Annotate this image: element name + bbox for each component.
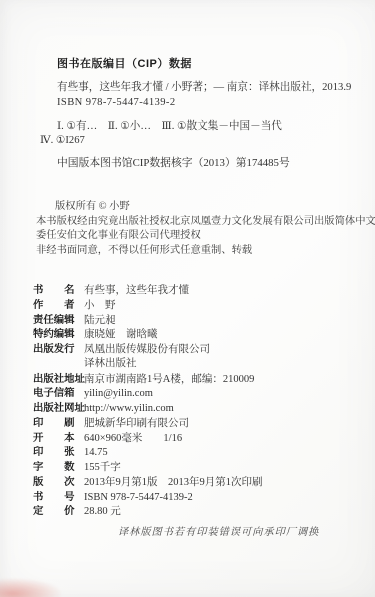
row-label-special-editor: 特约编辑 [33,325,84,340]
row-label-edition: 版 次 [33,473,84,488]
row-value-responsible-editor: 陆元昶 [84,312,116,327]
table-row: 书 名有些事，这些年我才懂 [33,281,263,296]
table-row: 责任编辑陆元昶 [33,311,263,326]
row-value-email: yilin@yilin.com [84,388,153,399]
table-row: 电子信箱yilin@yilin.com [33,384,263,399]
row-value-edition: 2013年9月第1版 2013年9月第1次印刷 [84,474,263,489]
row-value-publisher-address: 南京市湖南路1号A楼，邮编：210009 [84,371,254,386]
table-row: 作 者小 野 [33,296,263,311]
row-value-word-count: 155千字 [84,459,121,474]
publication-info-table: 书 名有些事，这些年我才懂 作 者小 野 责任编辑陆元昶 特约编辑康晓娅 谢晗曦… [33,281,263,517]
table-row: 开 本640×960毫米 1/16 [33,429,263,444]
copyright-owner-line: 版权所有 © 小野 [36,200,375,215]
row-value-sheets: 14.75 [84,447,108,458]
copyright-notice-block: 版权所有 © 小野 本书版权经由究竟出版社授权北京凤凰壹力文化发展有限公司出版简… [36,200,375,258]
table-row: 书 号ISBN 978-7-5447-4139-2 [33,488,263,503]
row-label-printer: 印 刷 [33,414,84,429]
cip-classification-line-2: Ⅳ. ①I267 [40,133,85,148]
cip-record-number: 中国版本图书馆CIP数据核字（2013）第174485号 [57,155,290,170]
row-value-author: 小 野 [84,297,116,312]
table-row: 印 刷肥城新华印刷有限公司 [33,414,263,429]
row-label-email: 电子信箱 [33,384,84,399]
table-row: 出版社网址http://www.yilin.com [33,399,263,414]
table-row: 译林出版社 [33,355,263,370]
table-row: 定 价28.80 元 [33,502,263,517]
scan-smudge-artifact [0,578,62,597]
row-value-publisher-imprint: 译林出版社 [84,355,137,370]
row-value-format: 640×960毫米 1/16 [84,430,182,445]
table-row: 字 数155千字 [33,458,263,473]
table-row: 印 张14.75 [33,443,263,458]
exchange-notice: 译林版图书若有印装错误可向承印厂调换 [118,523,319,538]
row-label-website: 出版社网址 [33,399,84,414]
row-label-format: 开 本 [33,429,84,444]
cip-classification-line-1: Ⅰ. ①有… Ⅱ. ①小… Ⅲ. ①散文集－中国－当代 [57,119,282,134]
table-row: 出版社地址南京市湖南路1号A楼，邮编：210009 [33,370,263,385]
copyright-license-line: 本书版权经由究竟出版社授权北京凤凰壹力文化发展有限公司出版简体中文版 [36,215,375,230]
copyright-page: 图书在版编目（CIP）数据 有些事，这些年我才懂 / 小野著；— 南京：译林出版… [0,0,375,597]
row-label-author: 作 者 [33,296,84,311]
copyright-agent-line: 委任安伯文化事业有限公司代理授权 [36,229,375,244]
row-label-price: 定 价 [33,502,84,517]
table-row: 特约编辑康晓娅 谢晗曦 [33,325,263,340]
cip-title-line: 有些事，这些年我才懂 / 小野著；— 南京：译林出版社，2013.9 [57,80,351,95]
row-value-isbn: ISBN 978-7-5447-4139-2 [84,492,193,503]
row-label-sheets: 印 张 [33,443,84,458]
row-label-word-count: 字 数 [33,458,84,473]
row-value-publisher: 凤凰出版传媒股份有限公司 [84,341,210,356]
row-value-printer: 肥城新华印刷有限公司 [84,415,189,430]
table-row: 出版发行凤凰出版传媒股份有限公司 [33,340,263,355]
row-label-isbn: 书 号 [33,488,84,503]
row-label-book-title: 书 名 [33,281,84,296]
row-label-publisher-address: 出版社地址 [33,370,84,385]
row-label-publisher: 出版发行 [33,340,84,355]
row-value-special-editor: 康晓娅 谢晗曦 [84,326,158,341]
row-value-website: http://www.yilin.com [84,403,174,414]
row-label-responsible-editor: 责任编辑 [33,311,84,326]
copyright-restriction-line: 非经书面同意，不得以任何形式任意重制、转载 [36,244,375,259]
table-row: 版 次2013年9月第1版 2013年9月第1次印刷 [33,473,263,488]
row-value-book-title: 有些事，这些年我才懂 [84,282,189,297]
row-value-price: 28.80 元 [84,503,121,518]
cip-isbn-line: ISBN 978-7-5447-4139-2 [57,95,176,110]
cip-heading: 图书在版编目（CIP）数据 [57,55,192,71]
